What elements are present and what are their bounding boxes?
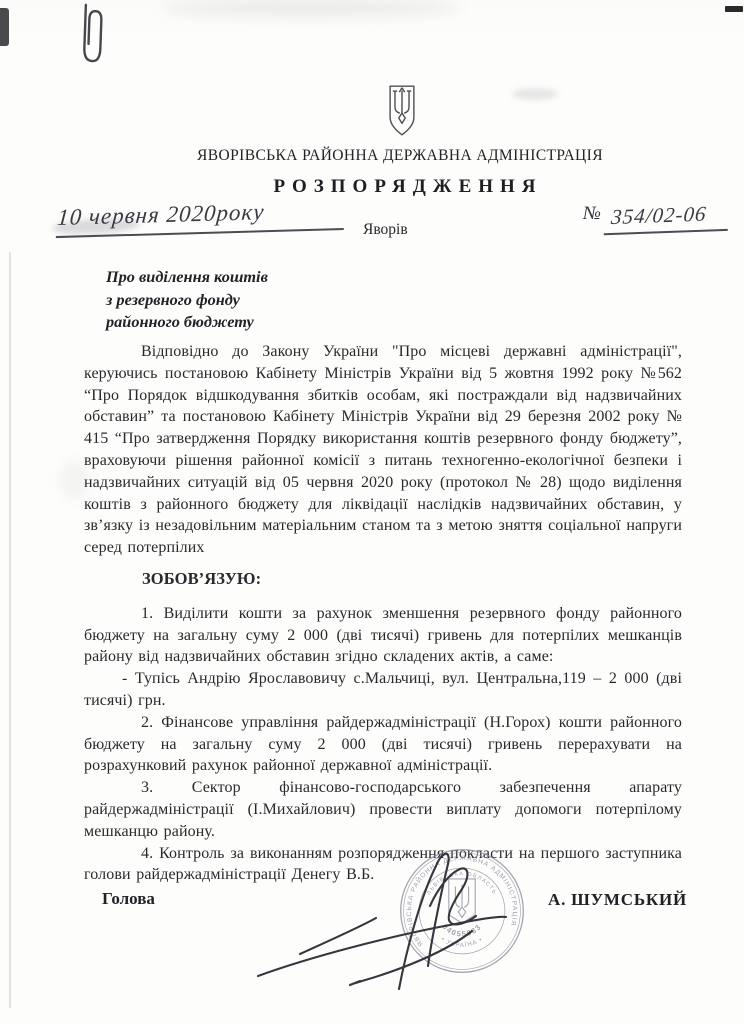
order-item-1-detail: - Тупісь Андрію Ярославовичу с.Мальчиці,… xyxy=(84,668,682,712)
svg-text:04055883: 04055883 xyxy=(441,922,484,939)
resolution-word: ЗОБОВ’ЯЗУЮ: xyxy=(84,568,682,590)
subject-line: з резервного фонду xyxy=(106,289,268,312)
document-body: Відповідно до Закону України "Про місцев… xyxy=(84,341,682,886)
handwritten-date: 10 червня 2020року xyxy=(56,197,346,238)
order-item-4: 4. Контроль за виконанням розпорядження … xyxy=(84,843,682,887)
stamp-shield-trident-icon xyxy=(449,879,475,923)
stamp-second-ring xyxy=(404,853,521,970)
document-type-title: РОЗПОРЯДЖЕННЯ xyxy=(66,176,744,198)
document-number: № 354/02-06 xyxy=(583,203,729,233)
number-sign-label: № xyxy=(583,203,601,224)
organization-name: ЯВОРІВСЬКА РАЙОННА ДЕРЖАВНА АДМІНІСТРАЦІ… xyxy=(58,147,742,165)
page-edge-shadow xyxy=(9,252,11,1008)
order-item-2: 2. Фінансове управління райдержадміністр… xyxy=(84,712,682,777)
scanned-document-page: ЯВОРІВСЬКА РАЙОННА ДЕРЖАВНА АДМІНІСТРАЦІ… xyxy=(0,0,744,1024)
signer-name: А. ШУМСЬКИЙ xyxy=(548,890,687,910)
subject-block: Про виділення коштів з резервного фонду … xyxy=(106,266,268,334)
subject-line: районного бюджету xyxy=(106,311,268,334)
ukraine-trident-emblem-icon xyxy=(383,84,421,138)
scan-dash-mark xyxy=(725,6,743,12)
subject-line: Про виділення коштів xyxy=(106,266,268,289)
signer-title: Голова xyxy=(102,889,155,909)
stamp-inner-ring xyxy=(419,868,505,954)
official-round-stamp: ЯВОРІВСЬКА РАЙОННА ДЕРЖАВНА АДМІНІСТРАЦІ… xyxy=(396,845,528,977)
stamp-code-text: 04055883 xyxy=(441,922,484,939)
ink-ghost-smudge xyxy=(512,88,558,100)
handwritten-number: 354/02-06 xyxy=(604,201,731,235)
order-item-3: 3. Сектор фінансово-господарського забез… xyxy=(84,777,682,842)
place-name: Яворів xyxy=(363,221,408,239)
order-item-1: 1. Виділити кошти за рахунок зменшення р… xyxy=(84,603,682,668)
paperclip-icon xyxy=(84,5,102,62)
scan-corner-mark xyxy=(0,8,9,46)
scan-smudge xyxy=(160,0,460,16)
stamp-country-text: • УКРАЇНА • xyxy=(440,937,485,949)
svg-text:• УКРАЇНА •: • УКРАЇНА • xyxy=(440,937,485,949)
preamble-paragraph: Відповідно до Закону України "Про місцев… xyxy=(84,341,682,559)
